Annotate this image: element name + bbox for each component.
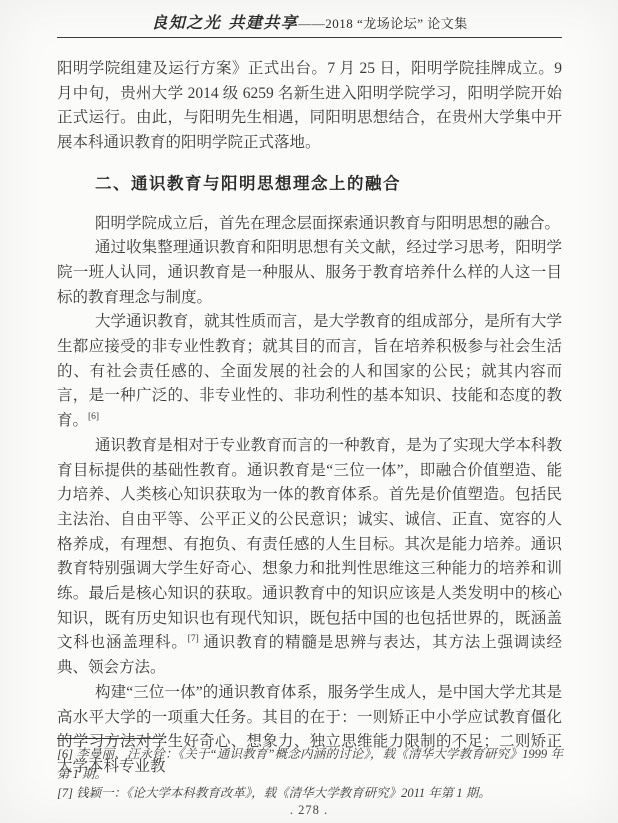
paragraph: 通过收集整理通识教育和阳明思想有关文献，经过学习思考，阳明学院一班人认同，通识教…	[57, 236, 562, 310]
page-number: . 278 .	[0, 803, 618, 818]
paragraph: 通识教育是相对于专业教育而言的一种教育，是为了实现大学本科教育目标提供的基础性教…	[57, 434, 562, 681]
footnote-ref: [7]	[188, 634, 199, 644]
footnote-ref: [6]	[88, 412, 99, 422]
header-rule	[57, 37, 562, 38]
section-heading: 二、通识教育与阳明思想理念上的融合	[57, 172, 562, 197]
article-body: 阳明学院组建及运行方案》正式出台。7 月 25 日，阳明学院挂牌成立。9 月中旬…	[57, 57, 562, 780]
footnotes-block: [6] 李曼丽、汪永铨：《关于“通识教育”概念内涵的讨论》，载《清华大学教育研究…	[57, 738, 563, 804]
paragraph: 大学通识教育，就其性质而言，是大学教育的组成部分，是所有大学生都应接受的非专业性…	[57, 310, 562, 434]
paragraph: 阳明学院组建及运行方案》正式出台。7 月 25 日，阳明学院挂牌成立。9 月中旬…	[57, 57, 562, 156]
footnote-separator	[57, 738, 163, 739]
proceedings-brand-calligraphy: 良知之光 共建共享	[151, 13, 298, 32]
footnote-7: [7] 钱颖一：《论大学本科教育改革》，载《清华大学教育研究》2011 年第 1…	[57, 784, 563, 804]
proceedings-title: ——2018 “龙场论坛” 论文集	[298, 16, 468, 31]
document-page: 良知之光 共建共享——2018 “龙场论坛” 论文集 阳明学院组建及运行方案》正…	[0, 0, 618, 823]
paragraph: 阳明学院成立后，首先在理念层面探索通识教育与阳明思想的融合。	[57, 212, 562, 237]
footnote-6: [6] 李曼丽、汪永铨：《关于“通识教育”概念内涵的讨论》，载《清华大学教育研究…	[57, 745, 563, 784]
running-header: 良知之光 共建共享——2018 “龙场论坛” 论文集	[57, 13, 562, 34]
